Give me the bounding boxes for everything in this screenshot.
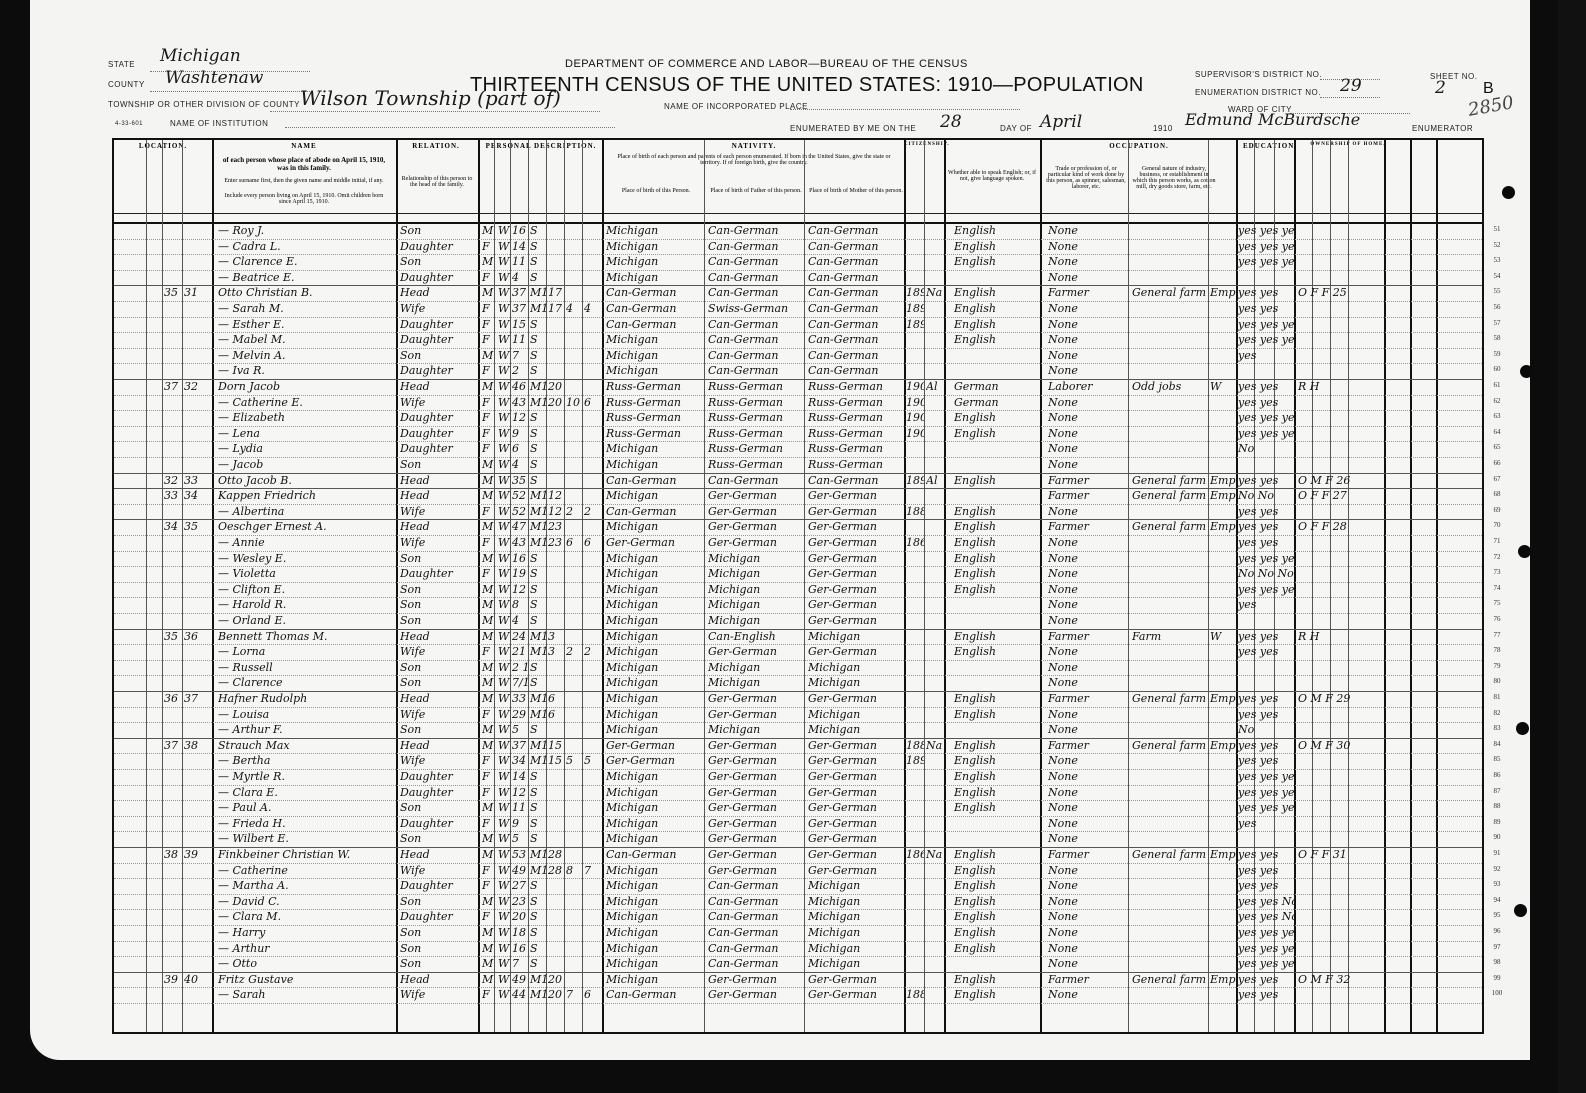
birthplace-mother: Michigan: [808, 675, 904, 691]
immigration-year: [906, 239, 924, 255]
birthplace-mother: Ger-German: [808, 644, 904, 660]
education: yes yes yes: [1238, 426, 1294, 442]
employer-status: [1210, 395, 1236, 411]
dwelling-number: [164, 816, 182, 832]
marital-status: S: [530, 722, 546, 738]
children-born: [566, 691, 582, 707]
person-name: — Catherine: [218, 863, 394, 879]
children-born: [566, 332, 582, 348]
person-name: — Clara E.: [218, 785, 394, 801]
employer-status: [1210, 613, 1236, 629]
home-ownership: [1298, 363, 1384, 379]
race: W: [498, 239, 510, 255]
education: yes yes No: [1238, 894, 1294, 910]
line-number: 65: [1487, 443, 1507, 451]
supervisor-label: Supervisor's District No.: [1195, 70, 1322, 79]
employer-status: Emp: [1210, 847, 1236, 863]
industry: [1132, 332, 1208, 348]
age: 7/12: [512, 675, 528, 691]
line-number: 96: [1487, 927, 1507, 935]
trade: None: [1048, 239, 1128, 255]
sex: F: [482, 769, 494, 785]
race: W: [498, 363, 510, 379]
birthplace-father: Can-German: [708, 878, 804, 894]
birthplace-person: Michigan: [606, 831, 704, 847]
birthplace-person: Can-German: [606, 301, 704, 317]
naturalization: [926, 753, 944, 769]
children-born: 10: [566, 395, 582, 411]
relation: Head: [400, 847, 476, 863]
table-row: 3738Strauch MaxHeadMW37M115Ger-GermanGer…: [114, 738, 1482, 755]
birthplace-father: Ger-German: [708, 831, 804, 847]
line-number: 99: [1487, 974, 1507, 982]
language: English: [954, 878, 1040, 894]
sex: F: [482, 332, 494, 348]
language: [954, 675, 1040, 691]
immigration-year: [906, 597, 924, 613]
marital-status: S: [530, 223, 546, 239]
birthplace-mother: Can-German: [808, 285, 904, 301]
years-married: [548, 909, 564, 925]
line-number: 83: [1487, 724, 1507, 732]
years-married: 12: [548, 488, 564, 504]
race: W: [498, 644, 510, 660]
naturalization: [926, 410, 944, 426]
employer-status: [1210, 332, 1236, 348]
children-born: 8: [566, 863, 582, 879]
age: 43: [512, 395, 528, 411]
years-married: [548, 785, 564, 801]
children-born: [566, 925, 582, 941]
race: W: [498, 270, 510, 286]
marital-status: S: [530, 894, 546, 910]
education: [1238, 831, 1294, 847]
education: yes yes: [1238, 707, 1294, 723]
birthplace-mother: Ger-German: [808, 551, 904, 567]
immigration-year: [906, 691, 924, 707]
birthplace-person: Michigan: [606, 972, 704, 988]
home-ownership: [1298, 956, 1384, 972]
birthplace-father: Michigan: [708, 566, 804, 582]
children-living: [584, 317, 600, 333]
age: 49: [512, 863, 528, 879]
family-number: 40: [184, 972, 210, 988]
naturalization: [926, 972, 944, 988]
sex: M: [482, 800, 494, 816]
children-living: [584, 441, 600, 457]
group-location: LOCATION.: [114, 142, 212, 150]
home-ownership: R H: [1298, 629, 1384, 645]
industry: [1132, 816, 1208, 832]
education: No No: [1238, 488, 1294, 504]
birthplace-father: Michigan: [708, 597, 804, 613]
family-number: [184, 332, 210, 348]
age: 23: [512, 894, 528, 910]
age: 24: [512, 629, 528, 645]
children-living: [584, 332, 600, 348]
industry: [1132, 363, 1208, 379]
birthplace-mother: Michigan: [808, 707, 904, 723]
birthplace-father: Ger-German: [708, 972, 804, 988]
family-number: [184, 863, 210, 879]
naturalization: [926, 956, 944, 972]
immigration-year: [906, 644, 924, 660]
industry: General farm: [1132, 738, 1208, 754]
birthplace-father: Russ-German: [708, 395, 804, 411]
children-living: [584, 909, 600, 925]
relation: Daughter: [400, 909, 476, 925]
dwelling-number: [164, 909, 182, 925]
naturalization: [926, 582, 944, 598]
race: W: [498, 379, 510, 395]
birthplace-father: Russ-German: [708, 379, 804, 395]
birthplace-mother: Russ-German: [808, 457, 904, 473]
birthplace-mother: Can-German: [808, 473, 904, 489]
trade: None: [1048, 395, 1128, 411]
race: W: [498, 629, 510, 645]
years-married: [548, 566, 564, 582]
employer-status: [1210, 223, 1236, 239]
dwelling-number: [164, 410, 182, 426]
immigration-year: [906, 348, 924, 364]
family-number: [184, 457, 210, 473]
birthplace-person: Can-German: [606, 987, 704, 1003]
industry: [1132, 410, 1208, 426]
trade: None: [1048, 644, 1128, 660]
employer-status: [1210, 987, 1236, 1003]
family-number: [184, 816, 210, 832]
sheet-number: 2: [1435, 78, 1446, 98]
immigration-year: [906, 270, 924, 286]
children-living: [584, 348, 600, 364]
census-table: LOCATION. NAME RELATION. PERSONAL DESCRI…: [112, 138, 1484, 1034]
education: yes yes: [1238, 863, 1294, 879]
language: English: [954, 254, 1040, 270]
family-number: [184, 363, 210, 379]
birthplace-person: Russ-German: [606, 379, 704, 395]
home-ownership: [1298, 582, 1384, 598]
immigration-year: [906, 863, 924, 879]
relation: Head: [400, 473, 476, 489]
birthplace-mother: Ger-German: [808, 535, 904, 551]
home-ownership: [1298, 223, 1384, 239]
employer-status: [1210, 441, 1236, 457]
race: W: [498, 691, 510, 707]
language: [954, 457, 1040, 473]
race: W: [498, 519, 510, 535]
relation: Head: [400, 379, 476, 395]
employer-status: [1210, 551, 1236, 567]
relation: Son: [400, 457, 476, 473]
relation: Wife: [400, 644, 476, 660]
birthplace-mother: Ger-German: [808, 816, 904, 832]
naturalization: [926, 223, 944, 239]
trade: None: [1048, 722, 1128, 738]
years-married: [548, 239, 564, 255]
education: yes yes yes: [1238, 941, 1294, 957]
trade: None: [1048, 878, 1128, 894]
table-row: — LenaDaughterFW9SRuss-GermanRuss-German…: [114, 426, 1482, 443]
person-name: — Orland E.: [218, 613, 394, 629]
home-ownership: [1298, 941, 1384, 957]
industry: General farm: [1132, 847, 1208, 863]
industry: [1132, 909, 1208, 925]
birthplace-father: Ger-German: [708, 691, 804, 707]
immigration-year: [906, 909, 924, 925]
children-born: 2: [566, 644, 582, 660]
immigration-year: [906, 800, 924, 816]
family-number: [184, 894, 210, 910]
employer-status: [1210, 301, 1236, 317]
line-number: 78: [1487, 646, 1507, 654]
industry: [1132, 863, 1208, 879]
language: English: [954, 535, 1040, 551]
birthplace-father: Ger-German: [708, 738, 804, 754]
age: 11: [512, 254, 528, 270]
home-ownership: [1298, 925, 1384, 941]
industry: [1132, 941, 1208, 957]
person-name: — Otto: [218, 956, 394, 972]
home-ownership: [1298, 551, 1384, 567]
language: English: [954, 987, 1040, 1003]
table-row: — Clara E.DaughterFW12SMichiganGer-Germa…: [114, 785, 1482, 802]
birthplace-mother: Ger-German: [808, 566, 904, 582]
trade: None: [1048, 816, 1128, 832]
years-married: 15: [548, 738, 564, 754]
family-number: 39: [184, 847, 210, 863]
day-of-label: day of: [1000, 124, 1032, 133]
person-name: Oeschger Ernest A.: [218, 519, 394, 535]
dwelling-number: [164, 223, 182, 239]
years-married: [548, 317, 564, 333]
employer-status: Emp: [1210, 738, 1236, 754]
line-number: 72: [1487, 553, 1507, 561]
dwelling-number: [164, 535, 182, 551]
birthplace-father: Can-German: [708, 254, 804, 270]
sex: F: [482, 317, 494, 333]
birthplace-mother: Ger-German: [808, 831, 904, 847]
industry: [1132, 566, 1208, 582]
table-row: 3536Bennett Thomas M.HeadMW24M13Michigan…: [114, 629, 1482, 646]
immigration-year: 1867: [906, 535, 924, 551]
line-number: 56: [1487, 303, 1507, 311]
race: W: [498, 504, 510, 520]
table-row: — LornaWifeFW21M1322MichiganGer-GermanGe…: [114, 644, 1482, 661]
education: yes yes: [1238, 847, 1294, 863]
family-number: [184, 597, 210, 613]
age: 35: [512, 473, 528, 489]
industry: General farm: [1132, 691, 1208, 707]
marital-status: M1: [530, 972, 546, 988]
birthplace-mother: Ger-German: [808, 769, 904, 785]
birth-father-header: Place of birth of Father of this person.: [708, 188, 804, 194]
years-married: [548, 473, 564, 489]
industry: [1132, 426, 1208, 442]
home-ownership: O F F 25: [1298, 285, 1384, 301]
education: yes yes yes: [1238, 317, 1294, 333]
age: 18: [512, 925, 528, 941]
birthplace-father: Can-German: [708, 332, 804, 348]
children-born: 4: [566, 301, 582, 317]
education: yes yes: [1238, 972, 1294, 988]
sex: F: [482, 535, 494, 551]
immigration-year: 1892: [906, 473, 924, 489]
nativity-description: Place of birth of each person and parent…: [608, 154, 900, 166]
children-born: [566, 410, 582, 426]
race: W: [498, 285, 510, 301]
line-number: 81: [1487, 693, 1507, 701]
race: W: [498, 551, 510, 567]
immigration-year: [906, 629, 924, 645]
race: W: [498, 597, 510, 613]
education: yes yes yes: [1238, 254, 1294, 270]
family-number: 31: [184, 285, 210, 301]
children-living: 6: [584, 395, 600, 411]
industry: [1132, 769, 1208, 785]
education: yes yes yes: [1238, 223, 1294, 239]
children-living: [584, 972, 600, 988]
person-name: — Arthur F.: [218, 722, 394, 738]
dwelling-number: [164, 566, 182, 582]
children-living: [584, 785, 600, 801]
name-column-note2: Include every person living on April 15,…: [219, 193, 389, 205]
race: W: [498, 348, 510, 364]
person-name: — David C.: [218, 894, 394, 910]
age: 11: [512, 800, 528, 816]
person-name: — Mabel M.: [218, 332, 394, 348]
race: W: [498, 441, 510, 457]
race: W: [498, 847, 510, 863]
birthplace-person: Can-German: [606, 847, 704, 863]
family-number: [184, 395, 210, 411]
birthplace-person: Michigan: [606, 270, 704, 286]
marital-status: S: [530, 613, 546, 629]
naturalization: Al: [926, 473, 944, 489]
birthplace-person: Ger-German: [606, 535, 704, 551]
relation: Wife: [400, 707, 476, 723]
language: English: [954, 972, 1040, 988]
birthplace-person: Russ-German: [606, 426, 704, 442]
industry: [1132, 613, 1208, 629]
birthplace-person: Michigan: [606, 691, 704, 707]
birthplace-person: Michigan: [606, 597, 704, 613]
immigration-year: 1901: [906, 426, 924, 442]
family-number: [184, 831, 210, 847]
trade: None: [1048, 566, 1128, 582]
line-number: 86: [1487, 771, 1507, 779]
birthplace-person: Michigan: [606, 863, 704, 879]
sex: M: [482, 519, 494, 535]
birthplace-mother: Can-German: [808, 332, 904, 348]
birthplace-person: Michigan: [606, 707, 704, 723]
home-ownership: [1298, 566, 1384, 582]
home-ownership: [1298, 722, 1384, 738]
industry: [1132, 239, 1208, 255]
language: English: [954, 738, 1040, 754]
table-row: — AlbertinaWifeFW52M11222Can-GermanGer-G…: [114, 504, 1482, 521]
relation: Son: [400, 800, 476, 816]
table-row: — Sarah M.WifeFW37M11744Can-GermanSwiss-…: [114, 301, 1482, 318]
person-name: Strauch Max: [218, 738, 394, 754]
home-ownership: [1298, 457, 1384, 473]
home-ownership: [1298, 239, 1384, 255]
immigration-year: [906, 488, 924, 504]
trade: None: [1048, 270, 1128, 286]
family-number: [184, 613, 210, 629]
dwelling-number: [164, 363, 182, 379]
dwelling-number: [164, 769, 182, 785]
trade: None: [1048, 582, 1128, 598]
age: 12: [512, 582, 528, 598]
family-number: 38: [184, 738, 210, 754]
sex: M: [482, 473, 494, 489]
birthplace-father: Ger-German: [708, 504, 804, 520]
age: 5: [512, 722, 528, 738]
table-row: — AnnieWifeFW43M12366Ger-GermanGer-Germa…: [114, 535, 1482, 552]
person-name: — Beatrice E.: [218, 270, 394, 286]
industry: General farm: [1132, 519, 1208, 535]
birthplace-person: Michigan: [606, 551, 704, 567]
birthplace-father: Michigan: [708, 582, 804, 598]
form-code: 4-33-601: [115, 121, 143, 127]
immigration-year: [906, 675, 924, 691]
line-number: 97: [1487, 943, 1507, 951]
marital-status: M1: [530, 691, 546, 707]
home-ownership: [1298, 597, 1384, 613]
trade: None: [1048, 785, 1128, 801]
language: English: [954, 317, 1040, 333]
family-number: [184, 769, 210, 785]
family-number: [184, 317, 210, 333]
employer-status: [1210, 597, 1236, 613]
table-row: — OttoSonMW7SMichiganCan-GermanMichiganN…: [114, 956, 1482, 973]
trade: Farmer: [1048, 519, 1128, 535]
race: W: [498, 909, 510, 925]
children-living: [584, 473, 600, 489]
children-born: [566, 473, 582, 489]
employer-status: [1210, 644, 1236, 660]
years-married: [548, 769, 564, 785]
marital-status: S: [530, 457, 546, 473]
children-born: [566, 285, 582, 301]
age: 16: [512, 551, 528, 567]
relation: Son: [400, 597, 476, 613]
years-married: [548, 441, 564, 457]
children-born: [566, 348, 582, 364]
children-living: [584, 816, 600, 832]
relation: Son: [400, 551, 476, 567]
dwelling-number: [164, 457, 182, 473]
employer-status: [1210, 956, 1236, 972]
relation: Daughter: [400, 566, 476, 582]
language: English: [954, 504, 1040, 520]
age: 7: [512, 956, 528, 972]
dwelling-number: [164, 239, 182, 255]
dwelling-number: [164, 597, 182, 613]
industry: [1132, 551, 1208, 567]
trade: None: [1048, 925, 1128, 941]
sex: M: [482, 956, 494, 972]
naturalization: [926, 629, 944, 645]
children-born: [566, 878, 582, 894]
birthplace-person: Russ-German: [606, 410, 704, 426]
sex: F: [482, 566, 494, 582]
line-number: 94: [1487, 896, 1507, 904]
home-ownership: [1298, 660, 1384, 676]
children-living: [584, 613, 600, 629]
naturalization: [926, 894, 944, 910]
immigration-year: 1891: [906, 753, 924, 769]
